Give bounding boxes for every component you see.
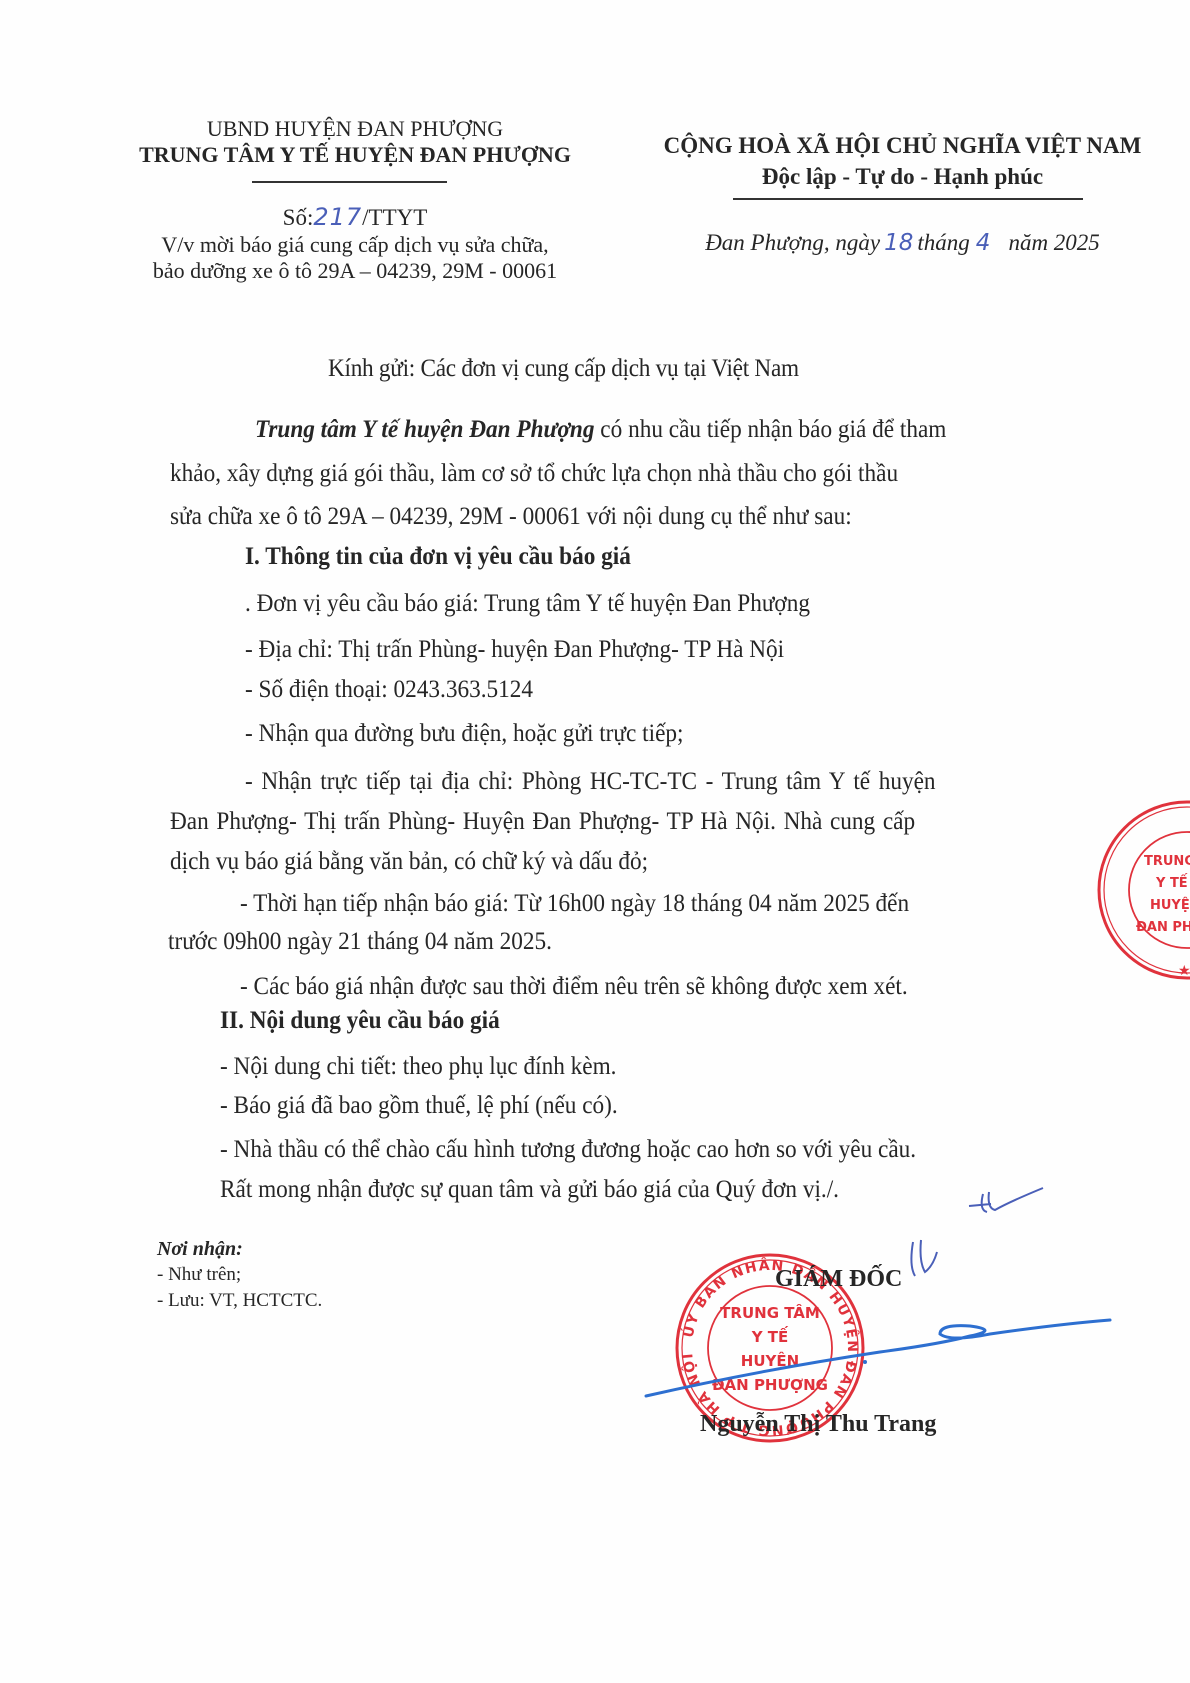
- section-2-item: - Nội dung chi tiết: theo phụ lục đính k…: [220, 1053, 1085, 1081]
- section-2-item: - Nhà thầu có thể chào cấu hình tương đư…: [220, 1136, 1085, 1164]
- document-number: Số:217/TTYT: [110, 203, 600, 231]
- signer-title: GIÁM ĐỐC: [775, 1266, 902, 1293]
- deadline-line-2: trước 09h00 ngày 21 tháng 04 năm 2025.: [168, 928, 1033, 956]
- partial-stamp-icon: TRUNG TÂM Y TẾ HUYỆN ĐAN PHƯỢNG ★: [1092, 795, 1190, 985]
- nation-title: CỘNG HOÀ XÃ HỘI CHỦ NGHĨA VIỆT NAM: [620, 133, 1185, 159]
- deadline-line-1: - Thời hạn tiếp nhận báo giá: Từ 16h00 n…: [240, 890, 1105, 918]
- motto-underline: [733, 198, 1083, 200]
- subject-line-1: V/v mời báo giá cung cấp dịch vụ sửa chữ…: [110, 232, 600, 258]
- date-day-handwritten: 18: [880, 230, 917, 256]
- place-and-date: Đan Phượng, ngày18tháng4năm 2025: [620, 230, 1185, 256]
- svg-text:ĐAN PHƯỢNG: ĐAN PHƯỢNG: [712, 1376, 828, 1394]
- organization-underline: [252, 181, 447, 183]
- svg-text:HUYỆN: HUYỆN: [1150, 897, 1190, 913]
- svg-text:HUYỆN: HUYỆN: [741, 1350, 799, 1370]
- section-1-item: - Nhận qua đường bưu điện, hoặc gửi trực…: [245, 720, 1110, 748]
- issuing-authority: UBND HUYỆN ĐAN PHƯỢNG: [110, 116, 600, 142]
- section-1-heading: I. Thông tin của đơn vị yêu cầu báo giá: [245, 543, 1110, 571]
- section-1-item: - Số điện thoại: 0243.363.5124: [245, 676, 1110, 704]
- recipients-item: - Như trên;: [157, 1264, 241, 1286]
- doc-number-handwritten: 217: [313, 203, 362, 231]
- intro-org-emphasis: Trung tâm Y tế huyện Đan Phượng: [255, 416, 594, 443]
- direct-delivery-line-1: - Nhận trực tiếp tại địa chỉ: Phòng HC-T…: [245, 768, 1110, 796]
- intro-line-3: sửa chữa xe ô tô 29A – 04239, 29M - 0006…: [170, 503, 1035, 531]
- intro-line-1: Trung tâm Y tế huyện Đan Phượng có nhu c…: [255, 416, 1120, 444]
- svg-text:Y TẾ: Y TẾ: [751, 1325, 789, 1346]
- intro-line-1-rest: có nhu cầu tiếp nhận báo giá để tham: [594, 416, 946, 443]
- recipients-item: - Lưu: VT, HCTCTC.: [157, 1290, 322, 1312]
- signer-initials-icon: [905, 1236, 945, 1286]
- svg-text:Y TẾ: Y TẾ: [1155, 874, 1188, 891]
- section-2-heading: II. Nội dung yêu cầu báo giá: [220, 1007, 1085, 1035]
- section-1-item: - Địa chỉ: Thị trấn Phùng- huyện Đan Phư…: [245, 636, 1110, 664]
- direct-delivery-line-2: Đan Phượng- Thị trấn Phùng- Huyện Đan Ph…: [170, 808, 1035, 836]
- late-submission-note: - Các báo giá nhận được sau thời điểm nê…: [240, 973, 1105, 1001]
- date-place-label: Đan Phượng, ngày: [705, 230, 880, 255]
- date-month-label: tháng: [917, 230, 969, 255]
- doc-number-prefix: Số:: [283, 205, 314, 230]
- svg-text:TRUNG TÂM: TRUNG TÂM: [720, 1303, 820, 1322]
- issuing-organization: TRUNG TÂM Y TẾ HUYỆN ĐAN PHƯỢNG: [110, 142, 600, 168]
- national-motto: Độc lập - Tự do - Hạnh phúc: [620, 164, 1185, 190]
- recipients-title: Nơi nhận:: [157, 1238, 243, 1261]
- svg-text:★: ★: [1178, 964, 1190, 979]
- subject-line-2: bảo dưỡng xe ô tô 29A – 04239, 29M - 000…: [110, 258, 600, 284]
- intro-line-2: khảo, xây dựng giá gói thầu, làm cơ sở t…: [170, 460, 1035, 488]
- date-month-handwritten: 4: [970, 230, 1009, 256]
- date-year: năm 2025: [1008, 230, 1099, 255]
- section-2-item: - Báo giá đã bao gồm thuế, lệ phí (nếu c…: [220, 1092, 1085, 1120]
- closing-sentence: Rất mong nhận được sự quan tâm và gửi bá…: [220, 1176, 1085, 1204]
- handwritten-signature-icon: [640, 1300, 1120, 1410]
- svg-text:ĐAN PHƯỢNG: ĐAN PHƯỢNG: [1136, 920, 1190, 935]
- direct-delivery-line-3: dịch vụ báo giá bằng văn bản, có chữ ký …: [170, 848, 1035, 876]
- doc-number-suffix: /TTYT: [362, 205, 427, 230]
- svg-text:TRUNG TÂM: TRUNG TÂM: [1144, 853, 1190, 869]
- recipient-line: Kính gửi: Các đơn vị cung cấp dịch vụ tạ…: [328, 355, 799, 383]
- signer-name: Nguyễn Thị Thu Trang: [700, 1411, 936, 1438]
- section-1-item: . Đơn vị yêu cầu báo giá: Trung tâm Y tế…: [245, 590, 1110, 618]
